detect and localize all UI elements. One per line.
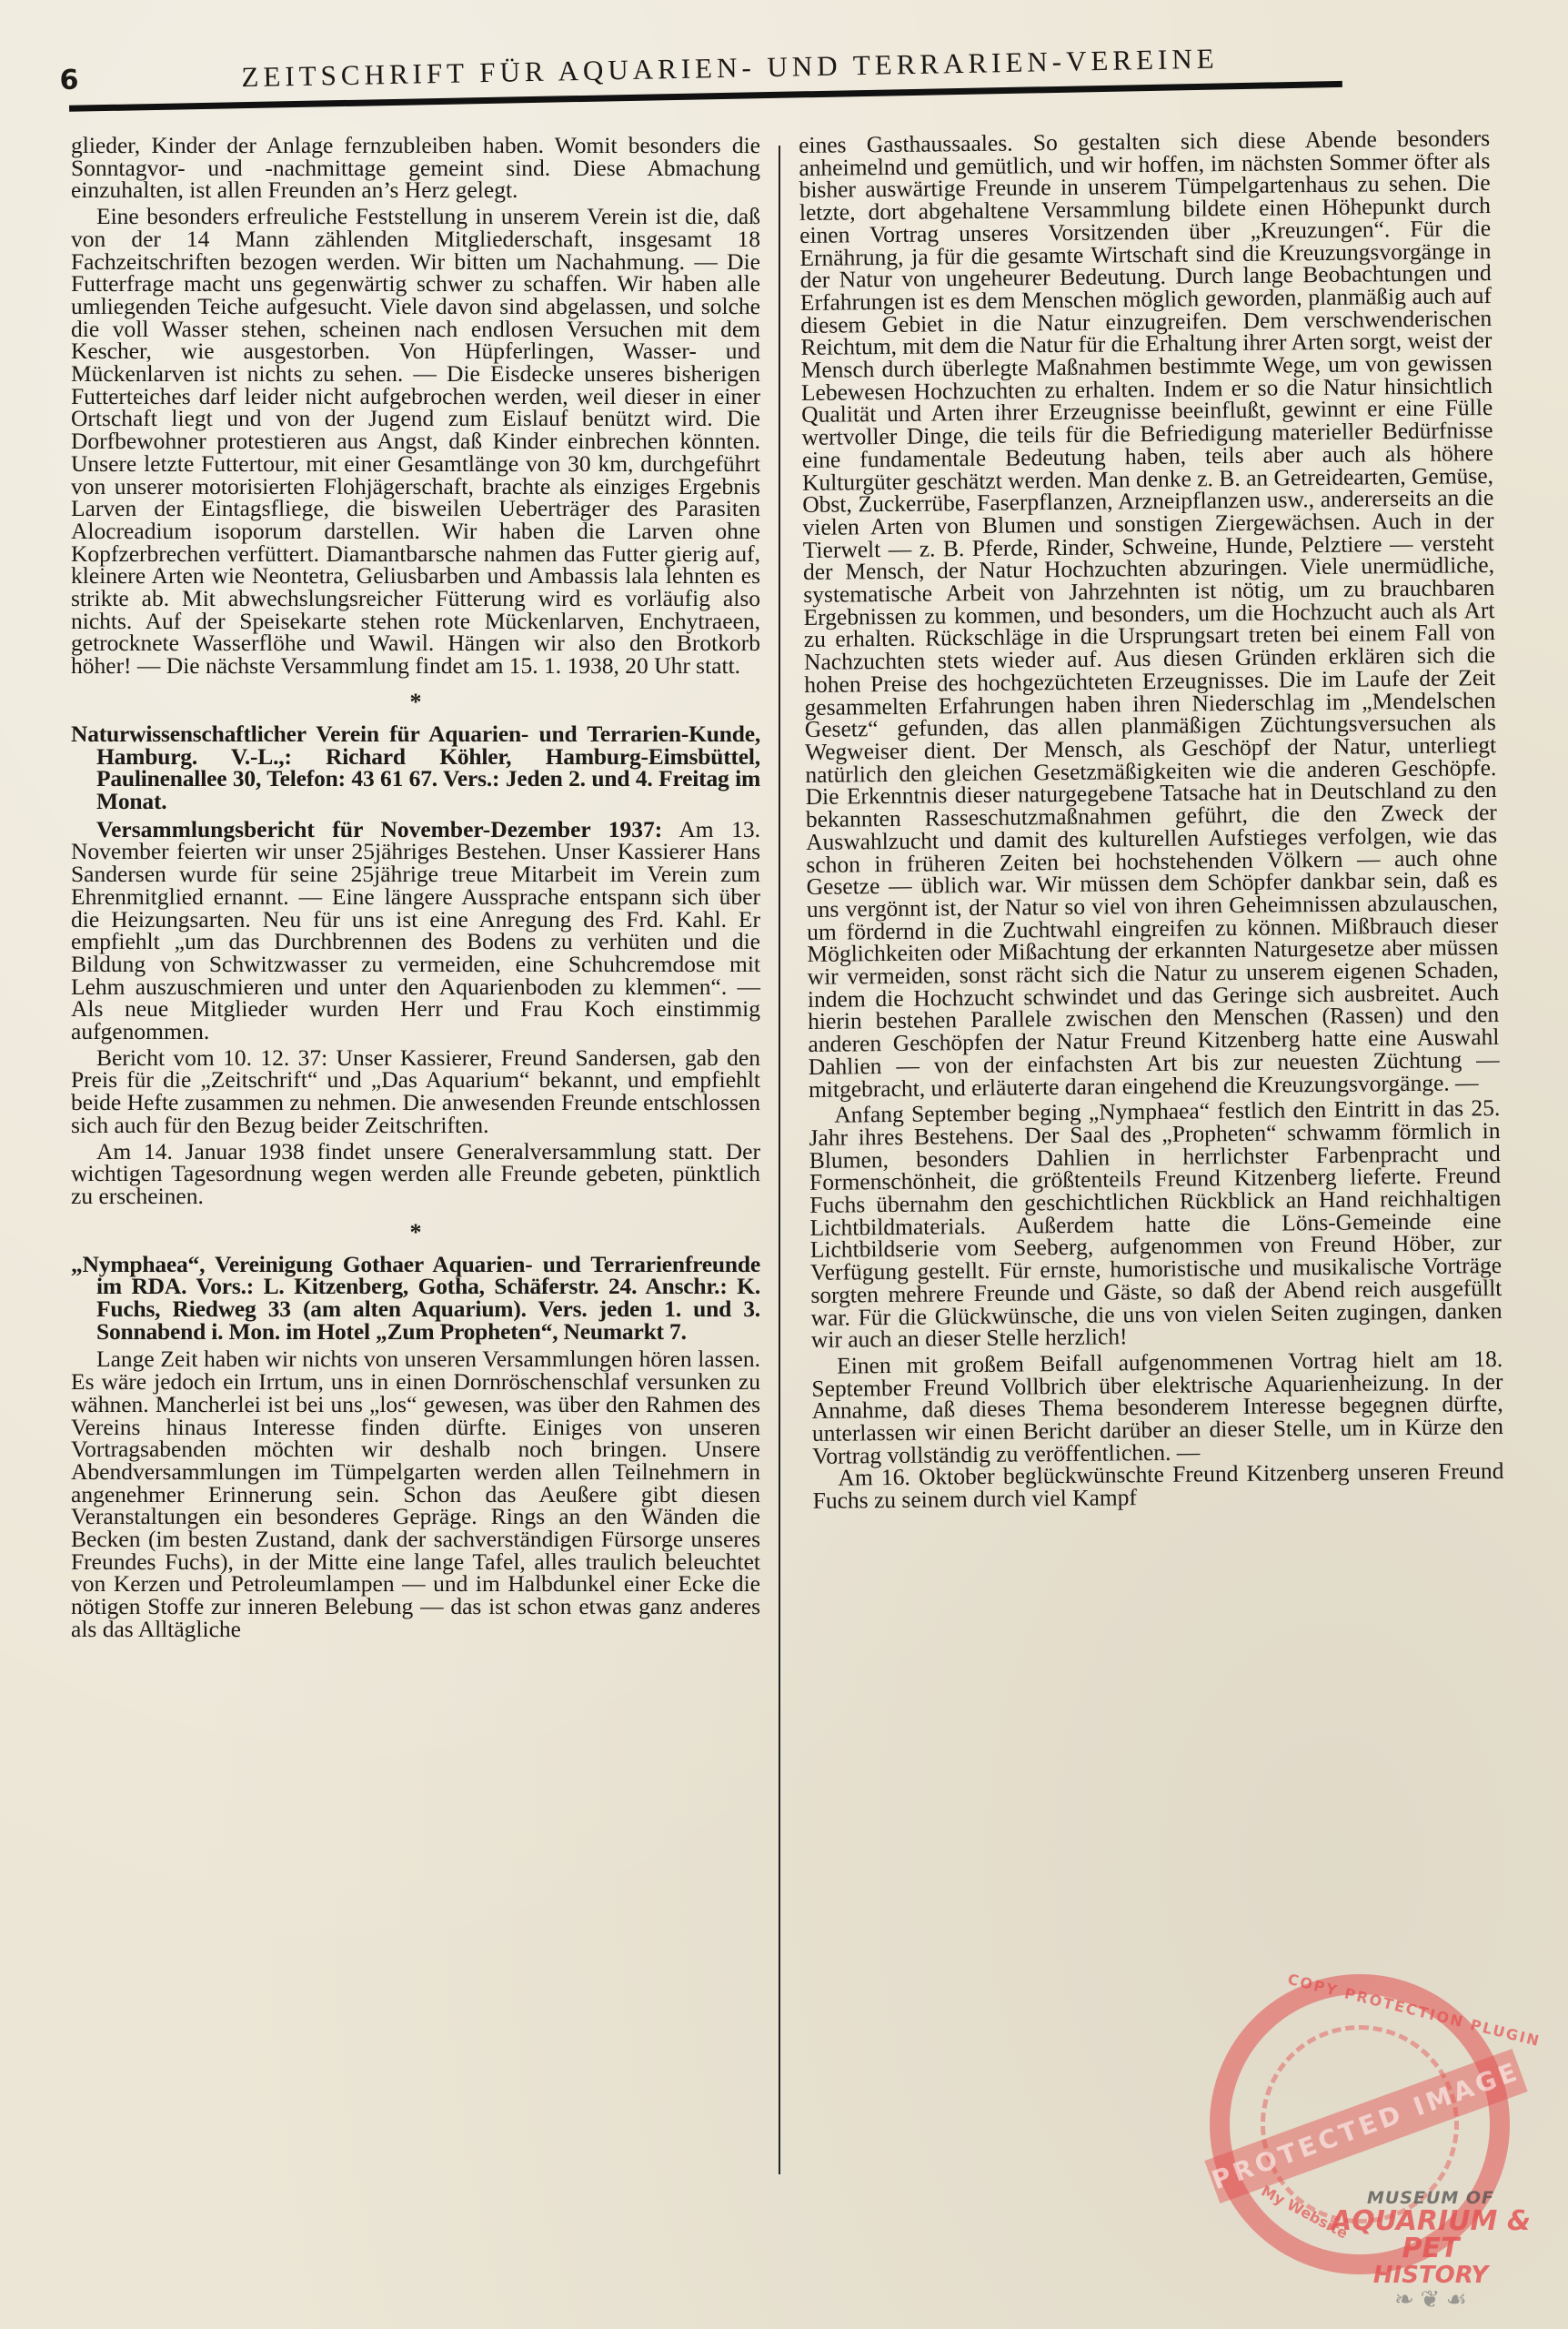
club-heading-gotha: „Nymphaea“, Vereinigung Gothaer Aquarien… [71, 1254, 760, 1344]
report-paragraph: Versammlungsbericht für November-Dezembe… [71, 819, 760, 1044]
paragraph: glieder, Kinder der Anlage fernzubleiben… [71, 135, 760, 202]
paragraph: eines Gasthaussaales. So gestalten sich … [799, 127, 1500, 1101]
stamp-inner-ring [1261, 2025, 1459, 2223]
page-number: 6 [59, 67, 78, 95]
section-separator-asterisk: * [71, 691, 760, 714]
flourish-ornament-icon: ❧ ❦ ☙ [1317, 2288, 1544, 2312]
stamp-bottom-text: My Website [1259, 2183, 1351, 2243]
club-heading-hamburg: Naturwissenschaftlicher Verein für Aquar… [71, 723, 760, 813]
left-column: glieder, Kinder der Anlage fernzubleiben… [71, 135, 760, 1641]
logo-line-2: AQUARIUM & PET [1317, 2208, 1544, 2263]
paragraph: Am 16. Oktober beglückwünschte Freund Ki… [812, 1460, 1503, 1512]
paragraph: Eine besonders erfreuliche Feststellung … [71, 206, 760, 678]
report-text: Am 13. November feierten wir unser 25jäh… [71, 816, 760, 1044]
stamp-band: PROTECTED IMAGE [1204, 2049, 1527, 2203]
right-column: eines Gasthaussaales. So gestalten sich … [799, 127, 1504, 1513]
paragraph: Anfang September beging „Nymphaea“ festl… [809, 1097, 1503, 1352]
logo-line-1: MUSEUM OF [1317, 2188, 1544, 2208]
paragraph: Am 14. Januar 1938 findet unsere General… [71, 1141, 760, 1208]
paragraph: Lange Zeit haben wir nichts von unseren … [71, 1348, 760, 1640]
stamp-arc-text: COPY PROTECTION PLUGIN [1286, 1971, 1543, 2051]
running-head: 6 ZEITSCHRIFT FÜR AQUARIEN- UND TERRARIE… [59, 15, 1352, 104]
logo-line-3: HISTORY [1317, 2263, 1544, 2288]
paragraph: Einen mit großem Beifall aufgenommenen V… [811, 1348, 1503, 1467]
section-separator-asterisk: * [71, 1221, 760, 1245]
magazine-page: 6 ZEITSCHRIFT FÜR AQUARIEN- UND TERRARIE… [0, 0, 1568, 2329]
museum-logo-watermark: MUSEUM OF AQUARIUM & PET HISTORY ❧ ❦ ☙ [1317, 2188, 1544, 2312]
copy-protection-stamp: COPY PROTECTION PLUGIN PROTECTED IMAGE M… [1210, 1974, 1510, 2274]
column-divider [779, 146, 780, 2174]
paragraph: Bericht vom 10. 12. 37: Unser Kassierer,… [71, 1047, 760, 1137]
